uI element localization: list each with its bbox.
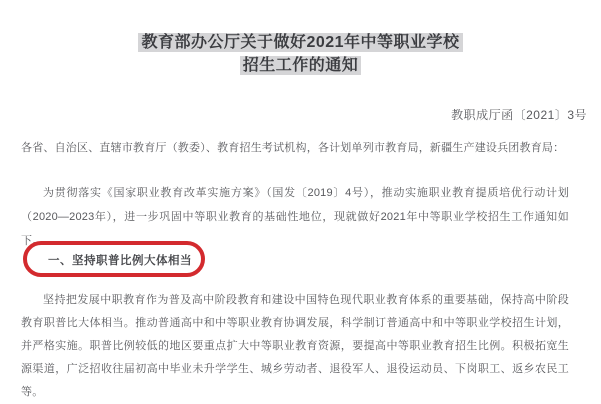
document-title: 教育部办公厅关于做好2021年中等职业学校 招生工作的通知 [0,31,601,77]
document-page: 教育部办公厅关于做好2021年中等职业学校 招生工作的通知 教职成厅函〔2021… [0,0,601,404]
title-line-2: 招生工作的通知 [240,56,362,75]
section-1-heading: 一、坚持职普比例大体相当 [48,252,192,268]
section-1-body: 坚持把发展中职教育作为普及高中阶段教育和建设中国特色现代职业教育体系的重要基础，… [21,289,569,404]
document-number: 教职成厅函〔2021〕3号 [451,106,587,123]
title-line-1: 教育部办公厅关于做好2021年中等职业学校 [138,33,462,52]
salutation-line: 各省、自治区、直辖市教育厅（教委）、教育招生考试机构，各计划单列市教育局，新疆生… [21,140,573,156]
